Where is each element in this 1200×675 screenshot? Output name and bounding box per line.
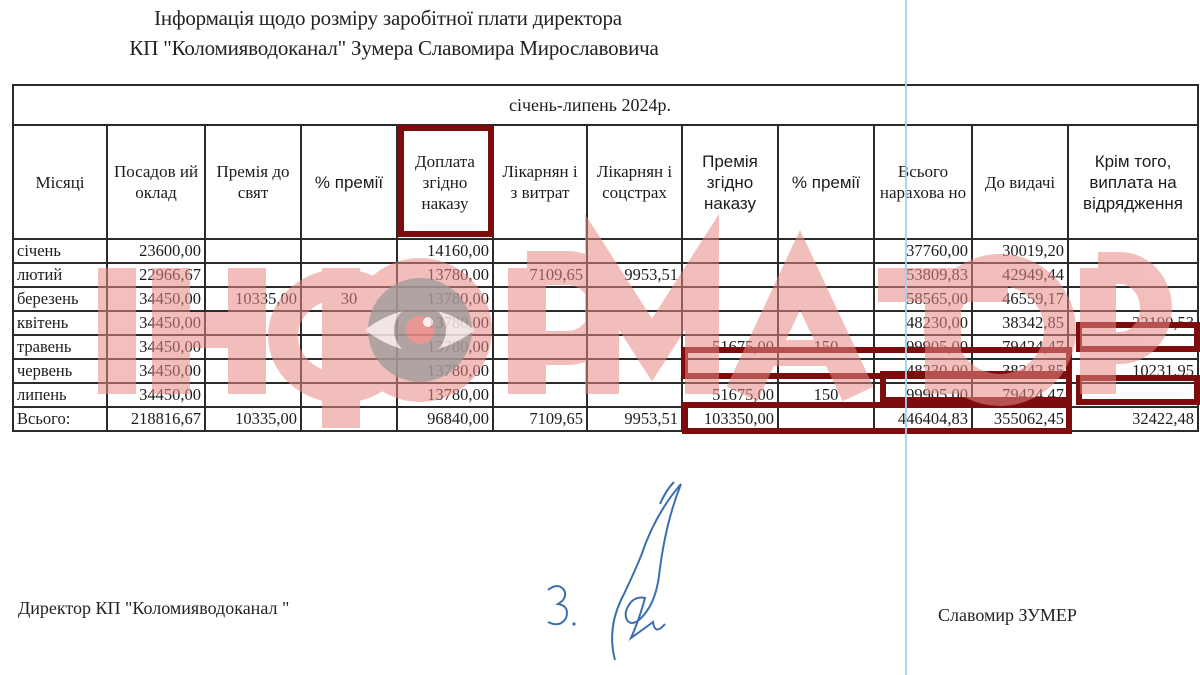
cell-surcharge: 96840,00 <box>397 407 493 431</box>
cell-to-pay: 79424,47 <box>972 335 1068 359</box>
cell-total-accrued: 58565,00 <box>874 287 972 311</box>
cell-total-accrued: 99905,00 <box>874 383 972 407</box>
cell-business-trip: 22190,53 <box>1068 311 1198 335</box>
period-row: січень-липень 2024р. <box>13 85 1198 125</box>
cell-month: лютий <box>13 263 107 287</box>
cell-holiday-bonus-pct <box>301 263 397 287</box>
cell-to-pay: 38342,85 <box>972 311 1068 335</box>
cell-holiday-bonus <box>205 335 301 359</box>
cell-order-bonus: 103350,00 <box>682 407 778 431</box>
table-body: січень23600,0014160,0037760,0030019,20лю… <box>13 239 1198 431</box>
cell-sick-employer <box>493 239 587 263</box>
cell-month: червень <box>13 359 107 383</box>
cell-holiday-bonus <box>205 359 301 383</box>
cell-holiday-bonus <box>205 239 301 263</box>
cell-sick-employer: 7109,65 <box>493 407 587 431</box>
cell-holiday-bonus: 10335,00 <box>205 407 301 431</box>
cell-month: квітень <box>13 311 107 335</box>
cell-business-trip <box>1068 335 1198 359</box>
cell-holiday-bonus-pct <box>301 407 397 431</box>
header-month: Місяці <box>13 125 107 239</box>
cell-holiday-bonus-pct: 30 <box>301 287 397 311</box>
cell-order-bonus-pct <box>778 287 874 311</box>
cell-sick-social <box>587 239 682 263</box>
signatory-name: Славомир ЗУМЕР <box>938 605 1077 626</box>
cell-month: Всього: <box>13 407 107 431</box>
cell-business-trip <box>1068 287 1198 311</box>
cell-business-trip <box>1068 239 1198 263</box>
cell-sick-employer <box>493 383 587 407</box>
cell-holiday-bonus-pct <box>301 359 397 383</box>
cell-sick-social: 9953,51 <box>587 407 682 431</box>
cell-sick-social <box>587 287 682 311</box>
cell-order-bonus-pct: 150 <box>778 335 874 359</box>
cell-salary: 23600,00 <box>107 239 205 263</box>
cell-total-accrued: 446404,83 <box>874 407 972 431</box>
cell-sick-social <box>587 311 682 335</box>
header-salary: Посадов ий оклад <box>107 125 205 239</box>
cell-order-bonus-pct <box>778 239 874 263</box>
cell-sick-employer <box>493 311 587 335</box>
cell-business-trip <box>1068 383 1198 407</box>
header-order-bonus-pct: % премії <box>778 125 874 239</box>
cell-surcharge: 14160,00 <box>397 239 493 263</box>
cell-month: травень <box>13 335 107 359</box>
cell-month: січень <box>13 239 107 263</box>
header-order-bonus: Премія згідно наказу <box>682 125 778 239</box>
header-to-pay: До видачі <box>972 125 1068 239</box>
header-surcharge: Доплата згідно наказу <box>397 125 493 239</box>
cell-month: липень <box>13 383 107 407</box>
cell-sick-social: 9953,51 <box>587 263 682 287</box>
cell-salary: 34450,00 <box>107 287 205 311</box>
cell-holiday-bonus <box>205 263 301 287</box>
header-sick-social: Лікарнян і соцстрах <box>587 125 682 239</box>
cell-surcharge: 13780,00 <box>397 335 493 359</box>
cell-holiday-bonus-pct <box>301 383 397 407</box>
table-row: липень34450,0013780,0051675,0015099905,0… <box>13 383 1198 407</box>
signatory-position: Директор КП "Коломияводоканал " <box>18 598 289 619</box>
document-title-line2: КП "Коломияводоканал" Зумера Славомира М… <box>0 36 794 61</box>
cell-order-bonus-pct <box>778 407 874 431</box>
cell-surcharge: 13780,00 <box>397 383 493 407</box>
cell-month: березень <box>13 287 107 311</box>
cell-to-pay: 42949,44 <box>972 263 1068 287</box>
cell-total-accrued: 48230,00 <box>874 311 972 335</box>
cell-order-bonus: 51675,00 <box>682 335 778 359</box>
cell-sick-employer <box>493 359 587 383</box>
table-row: лютий22966,6713780,007109,659953,5153809… <box>13 263 1198 287</box>
cell-order-bonus-pct <box>778 311 874 335</box>
cell-salary: 34450,00 <box>107 311 205 335</box>
cell-order-bonus <box>682 311 778 335</box>
table-row: квітень34450,0013780,0048230,0038342,852… <box>13 311 1198 335</box>
cell-total-accrued: 53809,83 <box>874 263 972 287</box>
cell-salary: 218816,67 <box>107 407 205 431</box>
cell-business-trip: 32422,48 <box>1068 407 1198 431</box>
cell-salary: 34450,00 <box>107 335 205 359</box>
salary-table: січень-липень 2024р. Місяці Посадов ий о… <box>12 84 1199 432</box>
cell-salary: 34450,00 <box>107 359 205 383</box>
totals-row: Всього:218816,6710335,0096840,007109,659… <box>13 407 1198 431</box>
cell-to-pay: 46559,17 <box>972 287 1068 311</box>
cell-holiday-bonus <box>205 311 301 335</box>
cell-holiday-bonus-pct <box>301 311 397 335</box>
cell-holiday-bonus-pct <box>301 239 397 263</box>
document-title-line1: Інформація щодо розміру заробітної плати… <box>0 6 788 31</box>
cell-surcharge: 13780,00 <box>397 287 493 311</box>
header-sick-employer: Лікарнян і з витрат <box>493 125 587 239</box>
cell-order-bonus <box>682 287 778 311</box>
cell-salary: 22966,67 <box>107 263 205 287</box>
scan-line <box>905 0 907 675</box>
table-row: травень34450,0013780,0051675,0015099905,… <box>13 335 1198 359</box>
table-row: січень23600,0014160,0037760,0030019,20 <box>13 239 1198 263</box>
cell-order-bonus: 51675,00 <box>682 383 778 407</box>
header-total-accrued: Всього нарахова но <box>874 125 972 239</box>
cell-holiday-bonus: 10335,00 <box>205 287 301 311</box>
cell-holiday-bonus-pct <box>301 335 397 359</box>
cell-surcharge: 13780,00 <box>397 311 493 335</box>
cell-order-bonus <box>682 263 778 287</box>
cell-to-pay: 30019,20 <box>972 239 1068 263</box>
signature-image <box>520 470 740 675</box>
cell-surcharge: 13780,00 <box>397 263 493 287</box>
table-row: червень34450,0013780,0048230,0038342,851… <box>13 359 1198 383</box>
header-row: Місяці Посадов ий оклад Премія до свят %… <box>13 125 1198 239</box>
cell-holiday-bonus <box>205 383 301 407</box>
cell-order-bonus <box>682 359 778 383</box>
cell-to-pay: 38342,85 <box>972 359 1068 383</box>
cell-total-accrued: 48230,00 <box>874 359 972 383</box>
cell-order-bonus-pct <box>778 359 874 383</box>
cell-order-bonus-pct <box>778 263 874 287</box>
cell-sick-employer: 7109,65 <box>493 263 587 287</box>
period-label: січень-липень 2024р. <box>13 85 1198 125</box>
cell-order-bonus-pct: 150 <box>778 383 874 407</box>
cell-sick-employer <box>493 287 587 311</box>
cell-sick-social <box>587 359 682 383</box>
cell-business-trip <box>1068 263 1198 287</box>
cell-total-accrued: 37760,00 <box>874 239 972 263</box>
header-holiday-bonus-pct: % премії <box>301 125 397 239</box>
cell-business-trip: 10231,95 <box>1068 359 1198 383</box>
cell-surcharge: 13780,00 <box>397 359 493 383</box>
cell-sick-employer <box>493 335 587 359</box>
header-holiday-bonus: Премія до свят <box>205 125 301 239</box>
cell-total-accrued: 99905,00 <box>874 335 972 359</box>
cell-order-bonus <box>682 239 778 263</box>
cell-sick-social <box>587 335 682 359</box>
cell-to-pay: 79424,47 <box>972 383 1068 407</box>
cell-salary: 34450,00 <box>107 383 205 407</box>
header-business-trip: Крім того, виплата на відрядження <box>1068 125 1198 239</box>
table-row: березень34450,0010335,003013780,0058565,… <box>13 287 1198 311</box>
cell-sick-social <box>587 383 682 407</box>
cell-to-pay: 355062,45 <box>972 407 1068 431</box>
